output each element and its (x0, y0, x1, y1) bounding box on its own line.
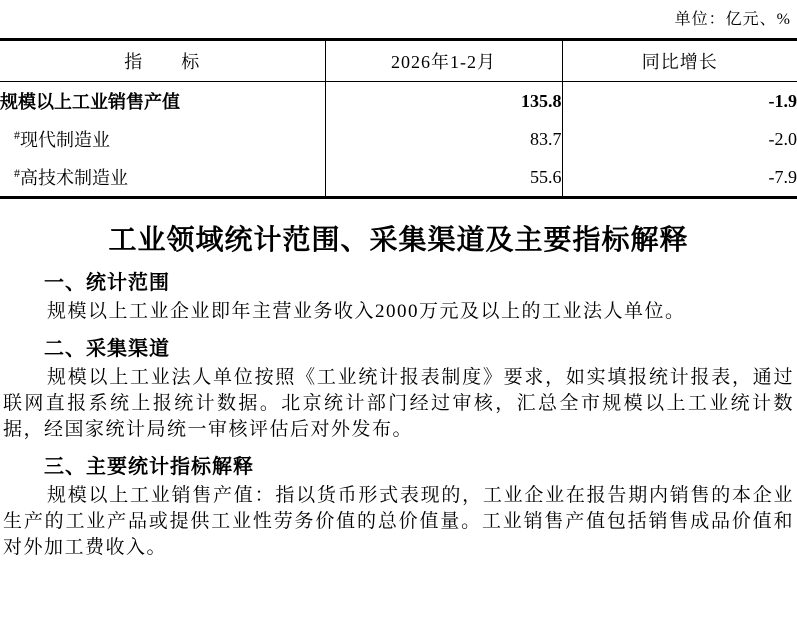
col-header-period: 2026年1-2月 (325, 40, 562, 82)
col-header-indicator: 指 标 (0, 40, 325, 82)
growth-cell: -2.0 (562, 120, 797, 158)
section-3-heading: 三、主要统计指标解释 (44, 455, 797, 479)
statistics-release-page: 单位：亿元、% 指 标 2026年1-2月 同比增长 规模以上工业销售产值 13… (0, 0, 797, 631)
value-cell: 83.7 (325, 120, 562, 158)
growth-cell: -1.9 (562, 82, 797, 121)
section-1-body: 规模以上工业企业即年主营业务收入2000万元及以上的工业法人单位。 (3, 299, 794, 325)
section-2-body: 规模以上工业法人单位按照《工业统计报表制度》要求，如实填报统计报表，通过联网直报… (3, 365, 794, 443)
value-cell: 135.8 (325, 82, 562, 121)
indicator-label: 现代制造业 (20, 130, 110, 150)
indicator-label: 高技术制造业 (20, 168, 128, 188)
table-row: #高技术制造业 55.6 -7.9 (0, 158, 797, 198)
table-row: #现代制造业 83.7 -2.0 (0, 120, 797, 158)
industry-indicators-table: 指 标 2026年1-2月 同比增长 规模以上工业销售产值 135.8 -1.9… (0, 38, 797, 199)
indicator-cell: #高技术制造业 (0, 158, 325, 198)
table-row: 规模以上工业销售产值 135.8 -1.9 (0, 82, 797, 121)
col-header-growth: 同比增长 (562, 40, 797, 82)
table-header-row: 指 标 2026年1-2月 同比增长 (0, 40, 797, 82)
growth-cell: -7.9 (562, 158, 797, 198)
article-title: 工业领域统计范围、采集渠道及主要指标解释 (0, 223, 797, 259)
section-2-heading: 二、采集渠道 (44, 337, 797, 361)
indicator-cell: 规模以上工业销售产值 (0, 82, 325, 121)
unit-label: 单位：亿元、% (0, 0, 797, 38)
section-1-heading: 一、统计范围 (44, 271, 797, 295)
section-3-body: 规模以上工业销售产值：指以货币形式表现的，工业企业在报告期内销售的本企业生产的工… (3, 483, 794, 561)
value-cell: 55.6 (325, 158, 562, 198)
indicator-cell: #现代制造业 (0, 120, 325, 158)
